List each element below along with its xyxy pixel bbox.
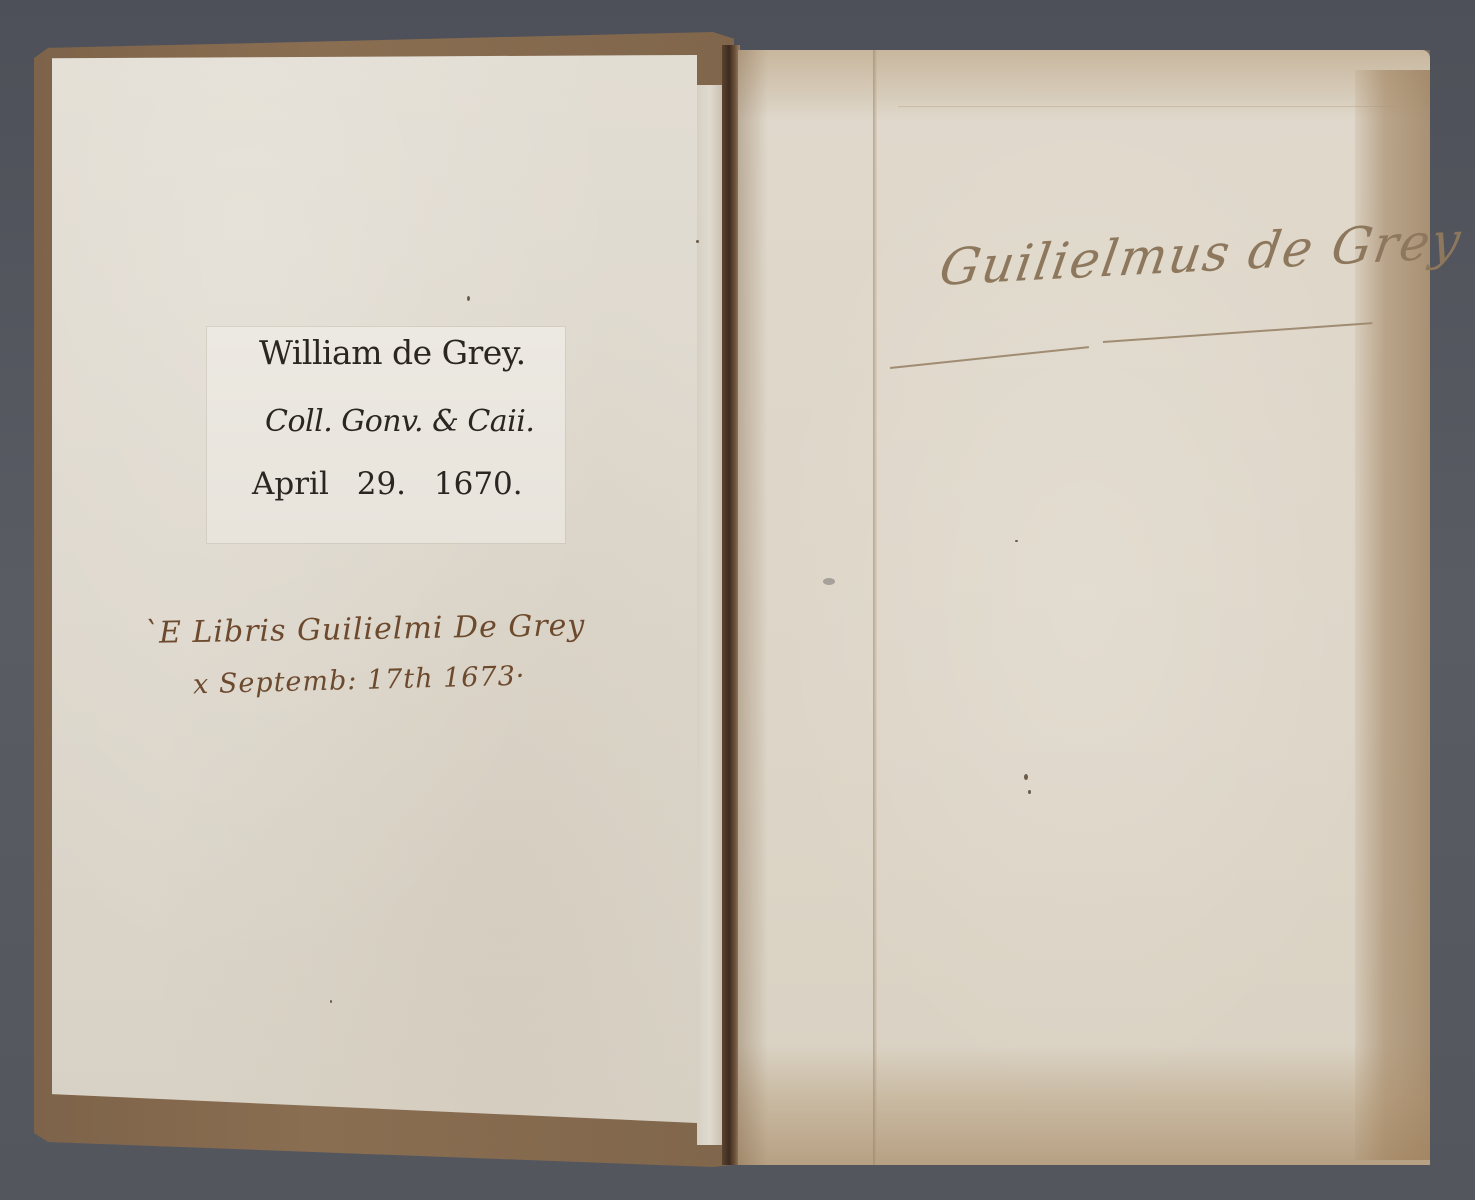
left-pastedown-page [52, 55, 697, 1123]
paper-speck [1028, 790, 1031, 794]
gutter-stain [738, 50, 768, 1165]
bookplate-college: Coll. Gonv. & Caii. [265, 404, 547, 439]
paper-speck [1024, 774, 1028, 780]
top-foxing-stain [738, 50, 1430, 120]
bookplate-owner-name: William de Grey. [259, 333, 547, 372]
page-fold-crease [898, 106, 1398, 107]
paper-speck [330, 1000, 332, 1003]
paper-speck [1015, 540, 1018, 542]
paper-speck [696, 240, 699, 243]
paper-speck [467, 296, 470, 301]
paper-speck [823, 578, 835, 585]
bottom-foxing-stain [738, 1045, 1430, 1165]
bookplate-date: April 29. 1670. [252, 466, 547, 502]
bookplate-label: William de Grey. Coll. Gonv. & Caii. Apr… [207, 327, 565, 543]
flyleaf-stub [697, 85, 722, 1145]
page-fold-line [873, 50, 877, 1165]
book-photograph: William de Grey. Coll. Gonv. & Caii. Apr… [0, 0, 1475, 1200]
right-flyleaf-page [738, 50, 1430, 1165]
